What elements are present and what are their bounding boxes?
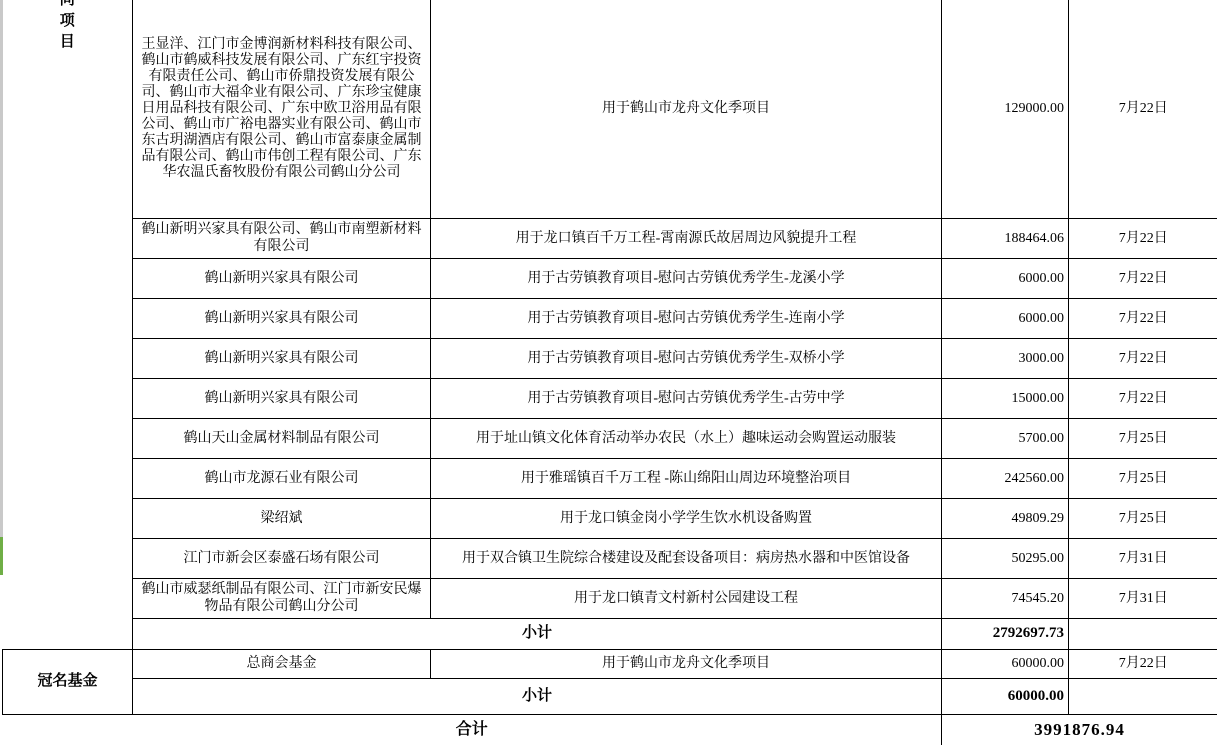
purpose-cell: 用于鹤山市龙舟文化季项目 xyxy=(431,649,942,678)
date-cell: 7月25日 xyxy=(1069,498,1217,538)
donor-cell: 鹤山新明兴家具有限公司 xyxy=(133,378,431,418)
amount-cell: 49809.29 xyxy=(942,498,1069,538)
table-row: 鹤山天山金属材料制品有限公司 用于址山镇文化体育活动举办农民（水上）趣味运动会购… xyxy=(3,418,1217,458)
amount-cell: 188464.06 xyxy=(942,218,1069,258)
donor-cell: 鹤山新明兴家具有限公司、鹤山市南塑新材料有限公司 xyxy=(133,218,431,258)
table-row: 鹤山新明兴家具有限公司、鹤山市南塑新材料有限公司 用于龙口镇百千万工程-霄南源氏… xyxy=(3,218,1217,258)
donation-table: 向项目 王显洋、江门市金博润新材料科技有限公司、鹤山市鹤威科技发展有限公司、广东… xyxy=(2,0,1217,745)
table-row: 鹤山新明兴家具有限公司 用于古劳镇教育项目-慰问古劳镇优秀学生-双桥小学 300… xyxy=(3,338,1217,378)
grand-total-amount: 3991876.94 xyxy=(942,714,1217,745)
table-row: 鹤山新明兴家具有限公司 用于古劳镇教育项目-慰问古劳镇优秀学生-连南小学 600… xyxy=(3,298,1217,338)
grand-total-row: 合计 3991876.94 xyxy=(3,714,1217,745)
amount-cell: 129000.00 xyxy=(942,0,1069,218)
subtotal-row: 小计 60000.00 xyxy=(3,678,1217,714)
donor-cell: 总商会基金 xyxy=(133,649,431,678)
amount-cell: 74545.20 xyxy=(942,578,1069,618)
date-cell: 7月22日 xyxy=(1069,258,1217,298)
donor-cell: 鹤山新明兴家具有限公司 xyxy=(133,258,431,298)
purpose-cell: 用于古劳镇教育项目-慰问古劳镇优秀学生-龙溪小学 xyxy=(431,258,942,298)
amount-cell: 50295.00 xyxy=(942,538,1069,578)
amount-cell: 60000.00 xyxy=(942,649,1069,678)
amount-cell: 15000.00 xyxy=(942,378,1069,418)
date-cell: 7月25日 xyxy=(1069,418,1217,458)
donor-cell: 梁绍斌 xyxy=(133,498,431,538)
spreadsheet-view: 向项目 王显洋、江门市金博润新材料科技有限公司、鹤山市鹤威科技发展有限公司、广东… xyxy=(0,0,1217,745)
purpose-cell: 用于址山镇文化体育活动举办农民（水上）趣味运动会购置运动服装 xyxy=(431,418,942,458)
purpose-cell: 用于龙口镇百千万工程-霄南源氏故居周边风貌提升工程 xyxy=(431,218,942,258)
category-label-directed: 向项目 xyxy=(59,0,76,53)
date-cell-empty xyxy=(1069,678,1217,714)
table-row: 梁绍斌 用于龙口镇金岗小学学生饮水机设备购置 49809.29 7月25日 xyxy=(3,498,1217,538)
donor-cell: 王显洋、江门市金博润新材料科技有限公司、鹤山市鹤威科技发展有限公司、广东红宇投资… xyxy=(133,0,431,218)
date-cell: 7月25日 xyxy=(1069,458,1217,498)
table-row: 鹤山市威瑟纸制品有限公司、江门市新安民爆物品有限公司鹤山分公司 用于龙口镇青文村… xyxy=(3,578,1217,618)
date-cell: 7月22日 xyxy=(1069,298,1217,338)
purpose-cell: 用于古劳镇教育项目-慰问古劳镇优秀学生-古劳中学 xyxy=(431,378,942,418)
subtotal-row: 小计 2792697.73 xyxy=(3,618,1217,649)
table-row: 鹤山新明兴家具有限公司 用于古劳镇教育项目-慰问古劳镇优秀学生-龙溪小学 600… xyxy=(3,258,1217,298)
purpose-cell: 用于雅瑶镇百千万工程 -陈山绵阳山周边环境整治项目 xyxy=(431,458,942,498)
purpose-cell: 用于古劳镇教育项目-慰问古劳镇优秀学生-双桥小学 xyxy=(431,338,942,378)
table-row: 冠名基金 总商会基金 用于鹤山市龙舟文化季项目 60000.00 7月22日 xyxy=(3,649,1217,678)
subtotal-label: 小计 xyxy=(133,678,942,714)
purpose-cell: 用于双合镇卫生院综合楼建设及配套设备项目：病房热水器和中医馆设备 xyxy=(431,538,942,578)
table-row: 鹤山市龙源石业有限公司 用于雅瑶镇百千万工程 -陈山绵阳山周边环境整治项目 24… xyxy=(3,458,1217,498)
purpose-cell: 用于龙口镇金岗小学学生饮水机设备购置 xyxy=(431,498,942,538)
date-cell: 7月22日 xyxy=(1069,649,1217,678)
table-row: 鹤山新明兴家具有限公司 用于古劳镇教育项目-慰问古劳镇优秀学生-古劳中学 150… xyxy=(3,378,1217,418)
purpose-cell: 用于古劳镇教育项目-慰问古劳镇优秀学生-连南小学 xyxy=(431,298,942,338)
donor-cell: 鹤山天山金属材料制品有限公司 xyxy=(133,418,431,458)
date-cell: 7月22日 xyxy=(1069,0,1217,218)
subtotal-amount: 60000.00 xyxy=(942,678,1069,714)
subtotal-amount: 2792697.73 xyxy=(942,618,1069,649)
date-cell-empty xyxy=(1069,618,1217,649)
date-cell: 7月22日 xyxy=(1069,218,1217,258)
amount-cell: 6000.00 xyxy=(942,298,1069,338)
subtotal-label: 小计 xyxy=(133,618,942,649)
donor-cell: 鹤山新明兴家具有限公司 xyxy=(133,298,431,338)
donor-cell: 江门市新会区泰盛石场有限公司 xyxy=(133,538,431,578)
date-cell: 7月31日 xyxy=(1069,578,1217,618)
category-cell-named-fund: 冠名基金 xyxy=(3,649,133,714)
donor-cell: 鹤山市威瑟纸制品有限公司、江门市新安民爆物品有限公司鹤山分公司 xyxy=(133,578,431,618)
category-cell-directed: 向项目 xyxy=(3,0,133,649)
table-row: 向项目 王显洋、江门市金博润新材料科技有限公司、鹤山市鹤威科技发展有限公司、广东… xyxy=(3,0,1217,218)
amount-cell: 5700.00 xyxy=(942,418,1069,458)
purpose-cell: 用于龙口镇青文村新村公园建设工程 xyxy=(431,578,942,618)
date-cell: 7月31日 xyxy=(1069,538,1217,578)
table-row: 江门市新会区泰盛石场有限公司 用于双合镇卫生院综合楼建设及配套设备项目：病房热水… xyxy=(3,538,1217,578)
amount-cell: 6000.00 xyxy=(942,258,1069,298)
donor-cell: 鹤山市龙源石业有限公司 xyxy=(133,458,431,498)
donor-cell: 鹤山新明兴家具有限公司 xyxy=(133,338,431,378)
date-cell: 7月22日 xyxy=(1069,338,1217,378)
amount-cell: 242560.00 xyxy=(942,458,1069,498)
purpose-cell: 用于鹤山市龙舟文化季项目 xyxy=(431,0,942,218)
grand-total-label: 合计 xyxy=(3,714,942,745)
date-cell: 7月22日 xyxy=(1069,378,1217,418)
amount-cell: 3000.00 xyxy=(942,338,1069,378)
